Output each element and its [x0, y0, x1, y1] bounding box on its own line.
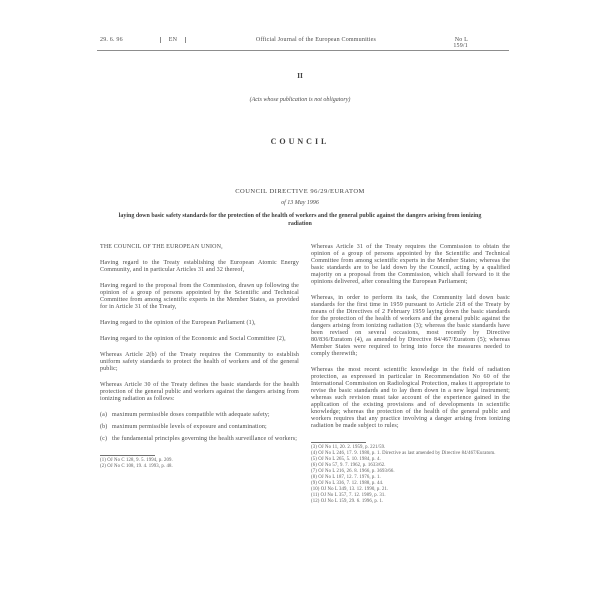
page-reference: No L 159/1 [440, 37, 510, 49]
section-numeral: II [0, 71, 600, 80]
preamble-paragraph: Whereas Article 2(b) of the Treaty requi… [100, 352, 299, 373]
footnote-rule [311, 442, 366, 443]
preamble-opening: THE COUNCIL OF THE EUROPEAN UNION, [100, 244, 299, 251]
list-item-text: the fundamental principles governing the… [112, 436, 299, 443]
preamble-paragraph: Having regard to the opinion of the Euro… [100, 320, 299, 327]
list-item-label: (b) [100, 424, 112, 431]
list-item-label: (a) [100, 412, 112, 419]
preamble-paragraph: Having regard to the Treaty establishing… [100, 260, 299, 274]
preamble-paragraph: Whereas Article 31 of the Treaty require… [311, 244, 510, 286]
footnote-rule [100, 455, 155, 456]
header-rule [97, 50, 509, 51]
section-note: (Acts whose publication is not obligator… [0, 97, 600, 103]
preamble-paragraph: Having regard to the opinion of the Econ… [100, 336, 299, 343]
right-footnotes: (3) OJ No 11, 20. 2. 1959, p. 221/59. (4… [311, 442, 510, 505]
list-item-text: maximum permissible levels of exposure a… [112, 424, 299, 431]
page-header: 29. 6. 96 EN Official Journal of the Eur… [100, 37, 510, 49]
preamble-paragraph: Whereas, in order to perform its task, t… [311, 295, 510, 358]
preamble-paragraph: Whereas the most recent scientific knowl… [311, 367, 510, 430]
journal-title: Official Journal of the European Communi… [192, 37, 440, 43]
left-column: THE COUNCIL OF THE EUROPEAN UNION, Havin… [100, 244, 299, 505]
language-code: EN [160, 37, 186, 43]
list-item: (a) maximum permissible doses compatible… [100, 412, 299, 419]
footnote: (2) OJ No C 108, 19. 4. 1993, p. 48. [100, 464, 299, 470]
left-footnotes: (1) OJ No C 128, 9. 5. 1994, p. 209. (2)… [100, 455, 299, 470]
directive-title: COUNCIL DIRECTIVE 96/29/EURATOM [0, 188, 600, 195]
header-date: 29. 6. 96 [100, 37, 160, 43]
list-item-text: maximum permissible doses compatible wit… [112, 412, 299, 419]
directive-subject: laying down basic safety standards for t… [110, 212, 490, 228]
preamble-paragraph: Whereas Article 30 of the Treaty defines… [100, 382, 299, 403]
directive-date-line: of 13 May 1996 [0, 200, 600, 206]
footnote: (12) OJ No L 159, 29. 6. 1996, p. 1. [311, 499, 510, 505]
right-column: Whereas Article 31 of the Treaty require… [311, 244, 510, 505]
list-item: (b) maximum permissible levels of exposu… [100, 424, 299, 431]
list-item: (c) the fundamental principles governing… [100, 436, 299, 443]
body-columns: THE COUNCIL OF THE EUROPEAN UNION, Havin… [100, 244, 510, 505]
oj-document-page: 29. 6. 96 EN Official Journal of the Eur… [0, 0, 600, 600]
preamble-paragraph: Having regard to the proposal from the C… [100, 283, 299, 311]
list-item-label: (c) [100, 436, 112, 443]
institution-heading: COUNCIL [0, 137, 600, 146]
